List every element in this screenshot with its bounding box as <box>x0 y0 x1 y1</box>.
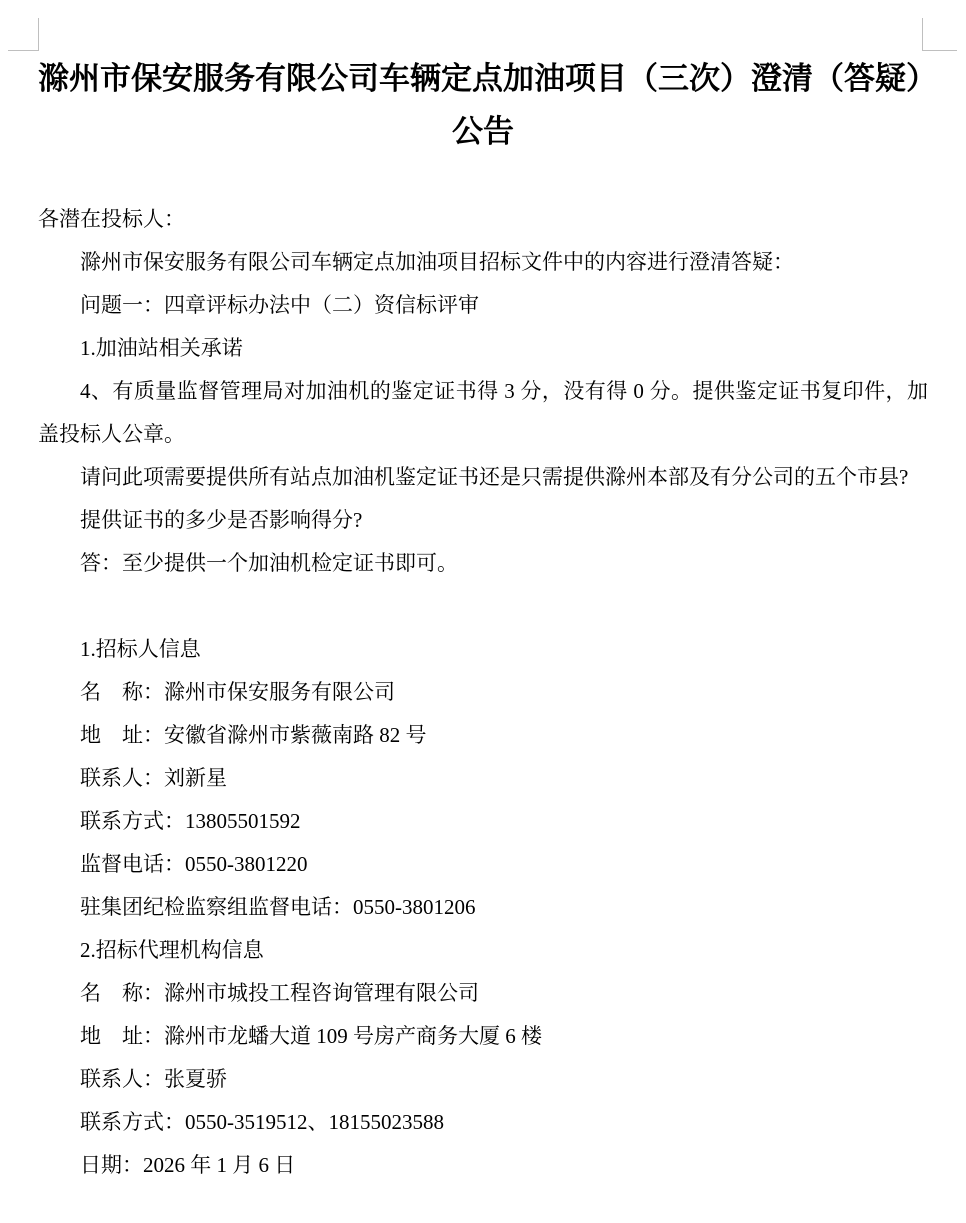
agency-contact-phone: 联系方式：0550-3519512、18155023588 <box>38 1101 928 1144</box>
discipline-inspection-phone: 驻集团纪检监察组监督电话：0550-3801206 <box>38 886 928 929</box>
margin-crop-mark-top-right-icon <box>922 18 957 51</box>
clarification-answer: 答：至少提供一个加油机检定证书即可。 <box>38 542 928 585</box>
agency-address: 地 址：滁州市龙蟠大道 109 号房产商务大厦 6 楼 <box>38 1015 928 1058</box>
document-content: 滁州市保安服务有限公司车辆定点加油项目（三次）澄清（答疑） 公告 各潜在投标人：… <box>0 0 966 1187</box>
blank-line <box>38 585 928 628</box>
agency-name: 名 称：滁州市城投工程咨询管理有限公司 <box>38 972 928 1015</box>
title-line-2: 公告 <box>38 105 928 158</box>
tenderer-address: 地 址：安徽省滁州市紫薇南路 82 号 <box>38 714 928 757</box>
title-line-1: 滁州市保安服务有限公司车辆定点加油项目（三次）澄清（答疑） <box>38 52 928 105</box>
clause-certificate-scoring: 4、有质量监督管理局对加油机的鉴定证书得 3 分，没有得 0 分。提供鉴定证书复… <box>38 370 928 456</box>
date-line: 日期：2026 年 1 月 6 日 <box>38 1144 928 1187</box>
margin-crop-mark-top-left-icon <box>8 18 39 51</box>
salutation: 各潜在投标人： <box>38 198 928 241</box>
agency-contact-person: 联系人：张夏骄 <box>38 1058 928 1101</box>
bidder-question-1: 请问此项需要提供所有站点加油机鉴定证书还是只需提供滁州本部及有分公司的五个市县? <box>38 456 928 499</box>
tenderer-section-heading: 1.招标人信息 <box>38 628 928 671</box>
clarification-intro: 滁州市保安服务有限公司车辆定点加油项目招标文件中的内容进行澄清答疑： <box>38 241 928 284</box>
question-1-heading: 问题一：四章评标办法中（二）资信标评审 <box>38 284 928 327</box>
agency-section-heading: 2.招标代理机构信息 <box>38 929 928 972</box>
document-page: 滁州市保安服务有限公司车辆定点加油项目（三次）澄清（答疑） 公告 各潜在投标人：… <box>0 0 966 1187</box>
supervision-phone: 监督电话：0550-3801220 <box>38 843 928 886</box>
tenderer-contact-phone: 联系方式：13805501592 <box>38 800 928 843</box>
tenderer-name: 名 称：滁州市保安服务有限公司 <box>38 671 928 714</box>
item-gas-station-commitment: 1.加油站相关承诺 <box>38 327 928 370</box>
document-title: 滁州市保安服务有限公司车辆定点加油项目（三次）澄清（答疑） 公告 <box>38 52 928 158</box>
tenderer-contact-person: 联系人：刘新星 <box>38 757 928 800</box>
bidder-question-2: 提供证书的多少是否影响得分? <box>38 499 928 542</box>
